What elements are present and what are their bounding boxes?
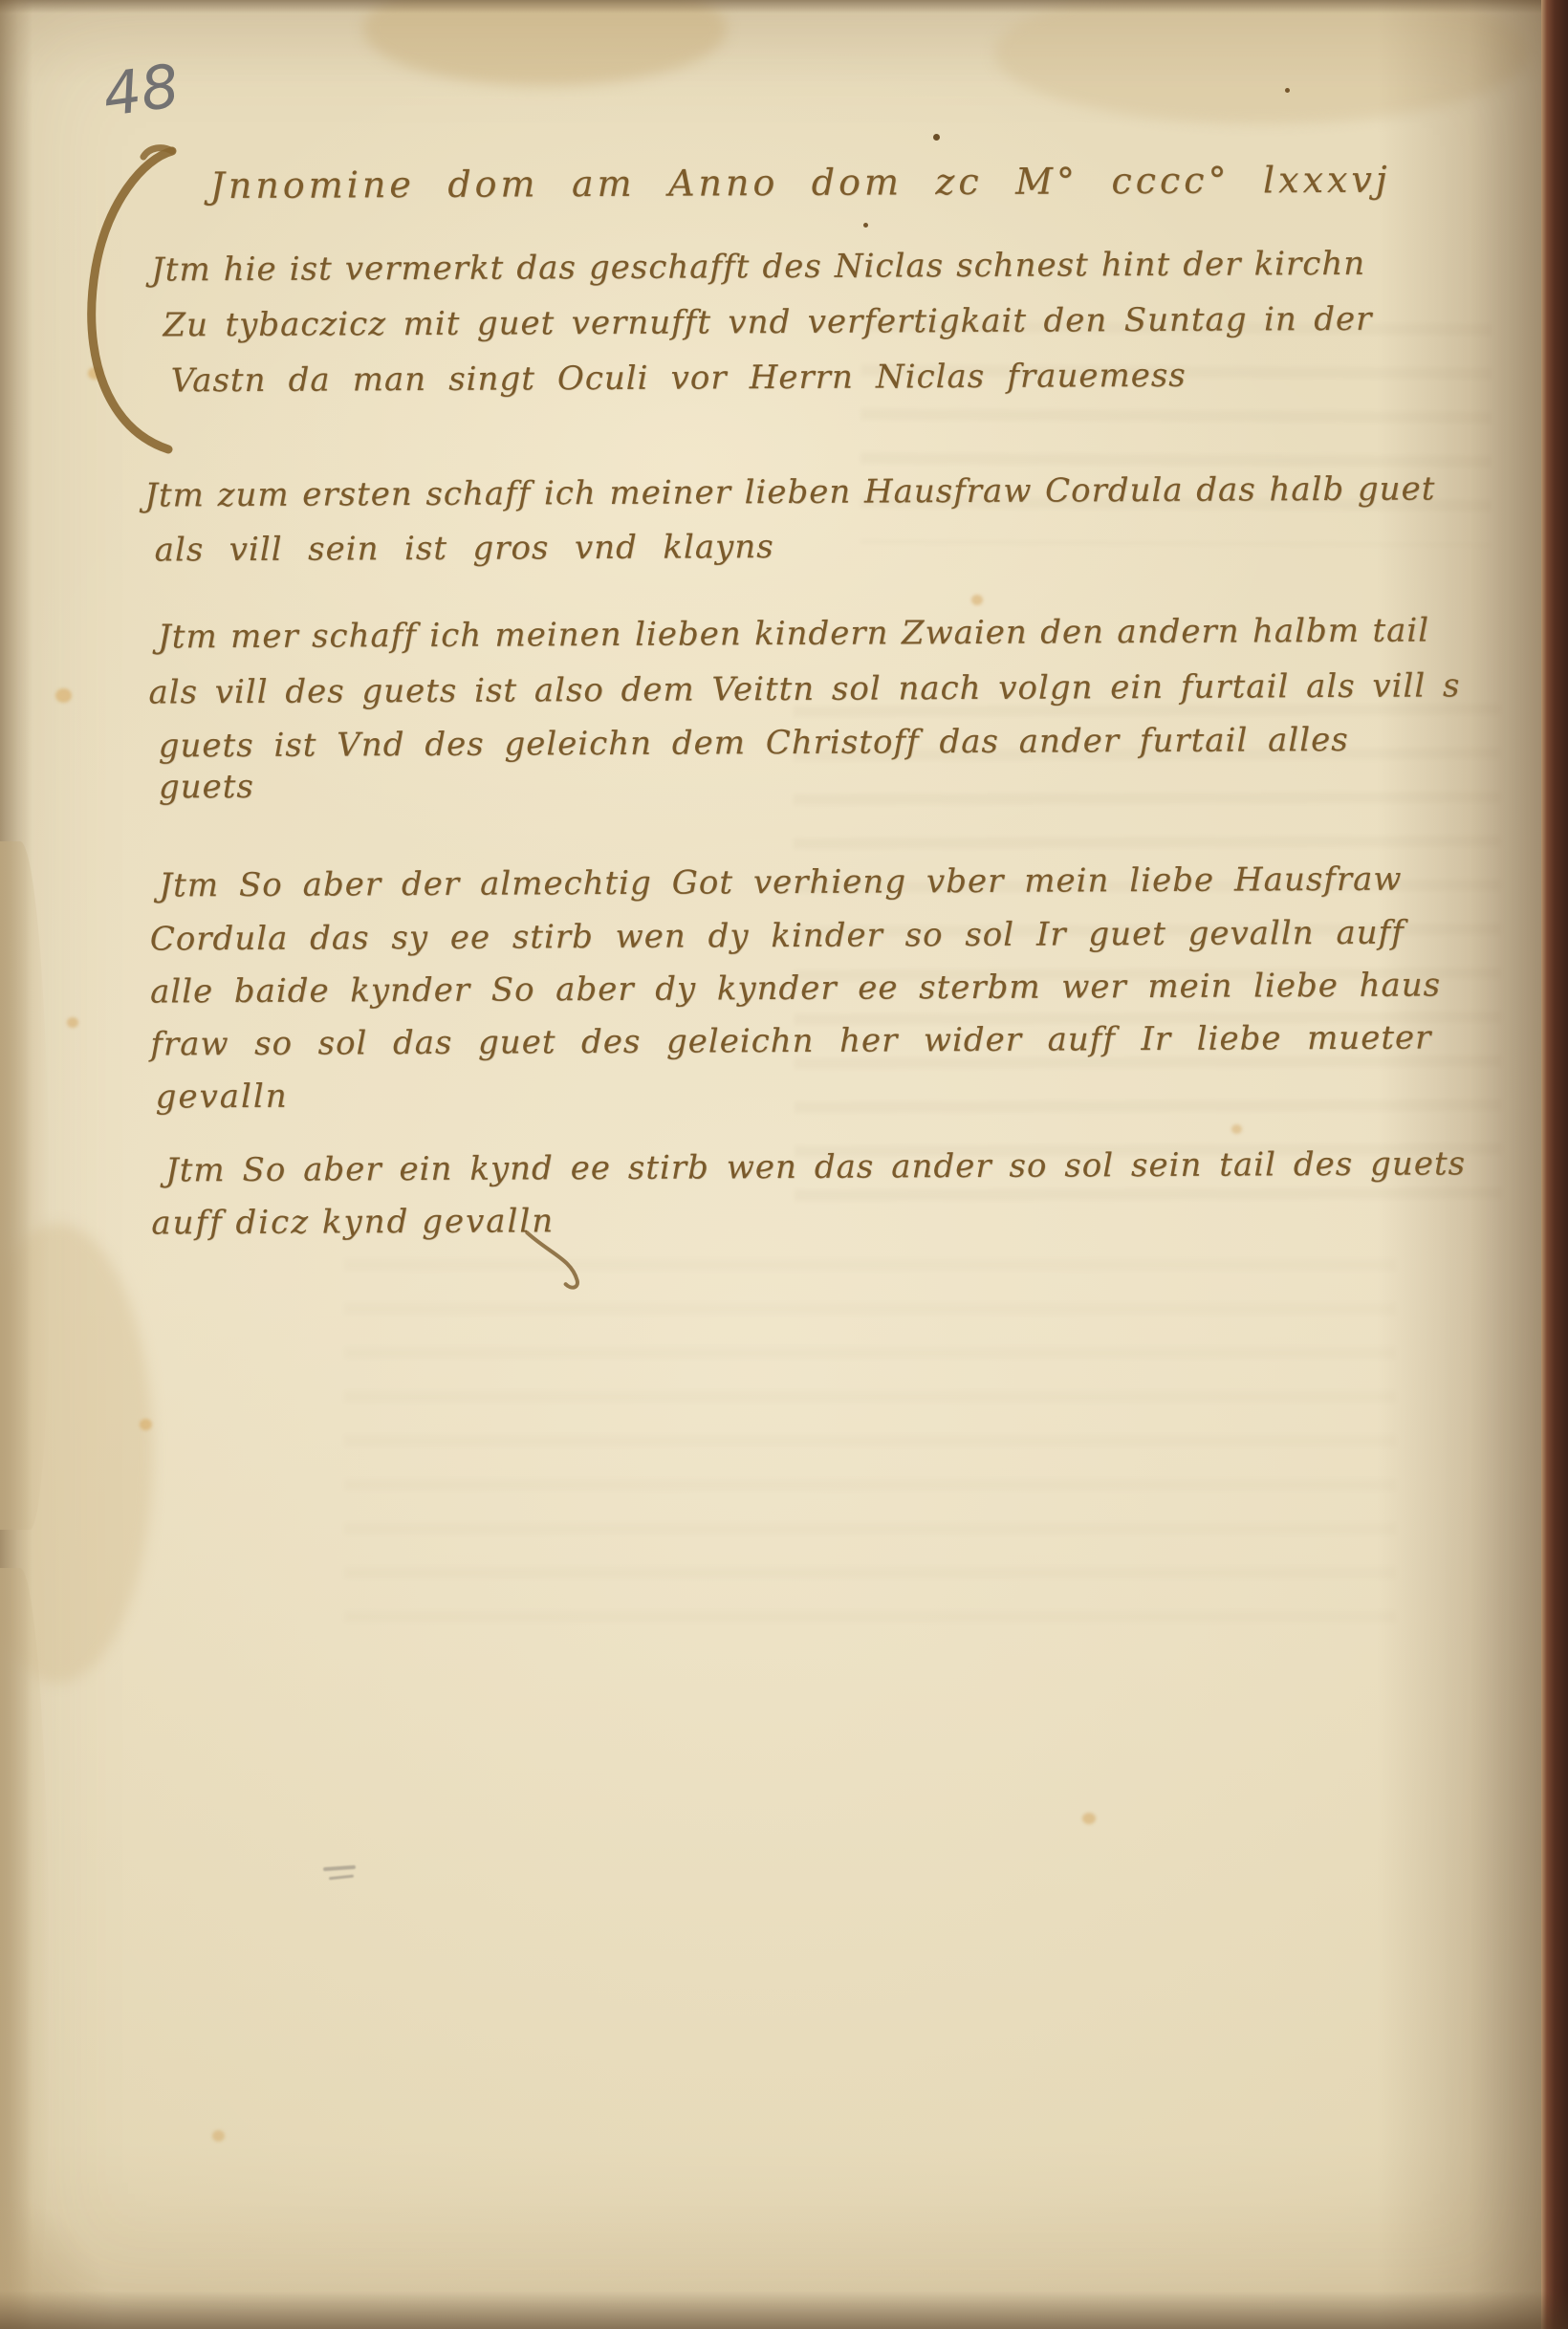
text-line: Jtm hie ist vermerkt das geschafft des N… (151, 244, 1365, 291)
pen-flourish (521, 1227, 607, 1294)
text-line: als vill sein ist gros vnd klayns (155, 527, 774, 571)
text-line: Zu tybaczicz mit guet vernufft vnd verfe… (163, 299, 1372, 346)
text-line: guets ist Vnd des geleichn dem Christoff… (159, 720, 1349, 808)
text-line: Cordula das sy ee stirb wen dy kinder so… (150, 913, 1405, 960)
text-line: alle baide kynder So aber dy kynder ee s… (150, 965, 1441, 1012)
manuscript-page: 48 Jnnomine dom am Anno dom zc M° cccc° … (0, 0, 1568, 2329)
text-line: Jtm zum ersten schaff ich meiner lieben … (144, 468, 1435, 516)
text-line: Vastn da man singt Oculi vor Herrn Nicla… (171, 356, 1187, 402)
text-line: gevalln (156, 1076, 443, 1118)
manuscript-text: Jnnomine dom am Anno dom zc M° cccc° lxx… (0, 0, 1568, 2329)
text-line: auff dicz kynd gevalln (151, 1200, 725, 1244)
text-line: fraw so sol das guet des geleichn her wi… (150, 1017, 1431, 1065)
text-line: Jnnomine dom am Anno dom zc M° cccc° lxx… (210, 158, 1391, 209)
text-line: Jtm mer schaff ich meinen lieben kindern… (158, 610, 1429, 657)
text-line: als vill des guets ist also dem Veittn s… (148, 665, 1460, 713)
text-line: Jtm So aber der almechtig Got verhieng v… (159, 860, 1402, 906)
text-line: Jtm So aber ein kynd ee stirb wen das an… (165, 1143, 1466, 1191)
